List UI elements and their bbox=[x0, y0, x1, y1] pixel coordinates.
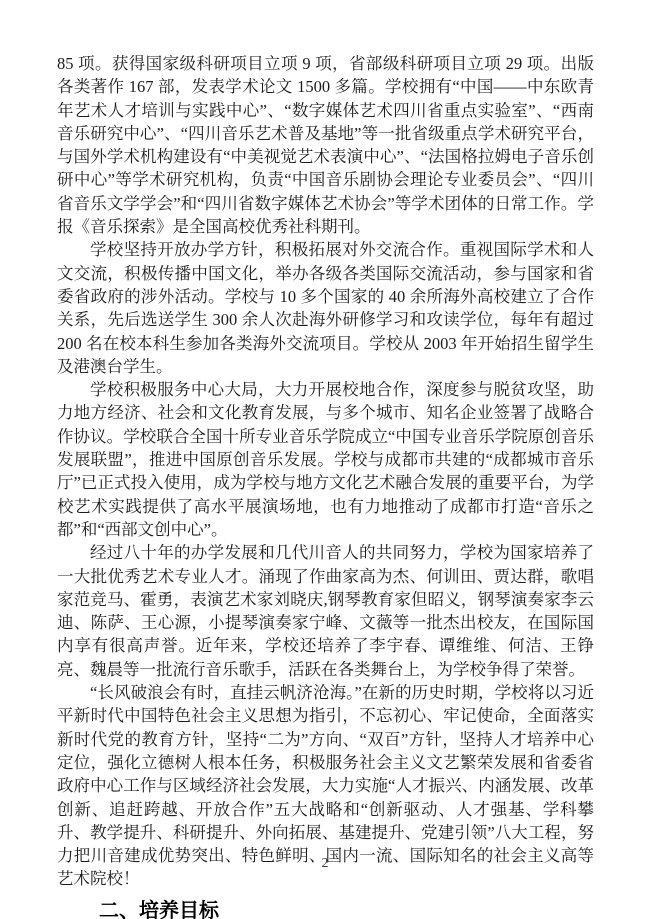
paragraph-international-exchange: 学校坚持开放办学方针，积极拓展对外交流合作。重视国际学术和人文交流，积极传播中国… bbox=[57, 238, 594, 378]
paragraph-research-achievements: 85 项。获得国家级科研项目立项 9 项，省部级科研项目立项 29 项。出版各类… bbox=[57, 52, 594, 238]
document-page: 85 项。获得国家级科研项目立项 9 项，省部级科研项目立项 29 项。出版各类… bbox=[0, 0, 650, 919]
section-heading-training-objectives: 二、培养目标 bbox=[57, 896, 594, 919]
paragraph-notable-alumni: 经过八十年的办学发展和几代川音人的共同努力，学校为国家培养了一大批优秀艺术专业人… bbox=[57, 541, 594, 681]
document-body: 85 项。获得国家级科研项目立项 9 项，省部级科研项目立项 29 项。出版各类… bbox=[57, 52, 594, 919]
paragraph-local-cooperation: 学校积极服务中心大局，大力开展校地合作，深度参与脱贫攻坚，助力地方经济、社会和文… bbox=[57, 378, 594, 541]
page-number: 2 bbox=[0, 854, 650, 872]
